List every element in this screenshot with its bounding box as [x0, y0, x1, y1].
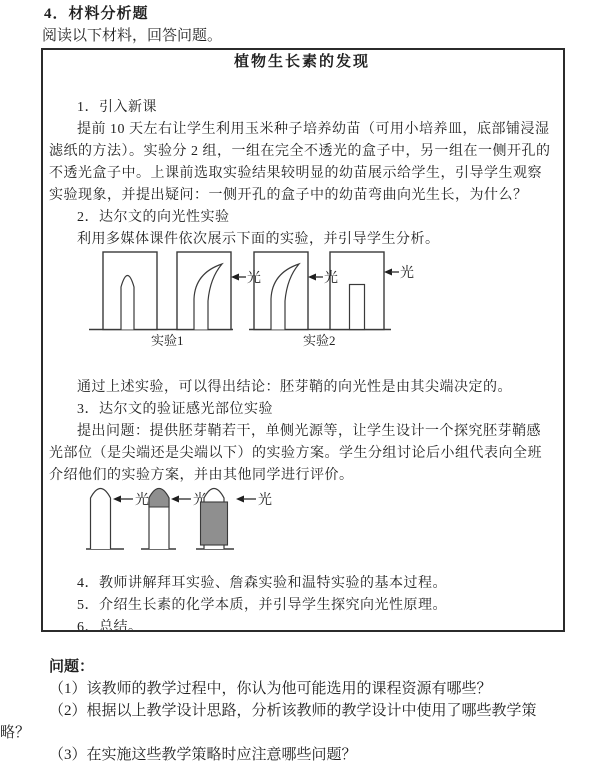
step3-heading: 3．达尔文的验证感光部位实验 [49, 399, 555, 421]
instruction-line: 阅读以下材料，回答问题。 [42, 26, 222, 46]
light-sensing-site-diagram: 光 光 光 [86, 485, 286, 554]
light-arrow-icon [113, 496, 133, 503]
experiment2-caption: 实验2 [303, 333, 336, 348]
light-arrow-icon [308, 274, 323, 281]
phototropism-experiments-diagram: 光 光 光 实验1 实验2 [88, 251, 418, 349]
step1-heading: 1．引入新课 [49, 97, 555, 119]
document-page: 4．材料分析题 阅读以下材料，回答问题。 植物生长素的发现 1．引入新课 提前 … [0, 0, 592, 775]
step5-line: 5．介绍生长素的化学本质，并引导学生探究向光性原理。 [49, 595, 555, 617]
light-arrow-icon [384, 269, 399, 276]
uncovered-coleoptile [91, 489, 111, 550]
questions-heading: 问题： [49, 656, 545, 678]
step3-paragraph: 提出问题：提供胚芽鞘若干，单侧光源等，让学生设计一个探究胚芽鞘感光部位（是尖端还… [49, 421, 555, 487]
gray-base-sleeve [201, 502, 228, 545]
material-title: 植物生长素的发现 [49, 52, 555, 72]
light-arrow-icon [236, 496, 256, 503]
light-label: 光 [324, 269, 338, 286]
step4-line: 4．教师讲解拜耳实验、詹森实验和温特实验的基本过程。 [49, 573, 555, 595]
question-2: （2）根据以上教学设计思路，分析该教师的教学设计中使用了哪些教学策略？ [0, 700, 545, 744]
step6-line: 6．总结。 [49, 617, 555, 632]
light-label: 光 [247, 269, 261, 286]
step2-heading: 2．达尔文的向光性实验 [49, 207, 555, 229]
step2-paragraph: 利用多媒体课件依次展示下面的实验，并引导学生分析。 [49, 229, 555, 251]
straight-seedling [121, 276, 134, 330]
gray-tip-cap [149, 489, 169, 508]
decapitated-seedling [350, 285, 365, 330]
light-label: 光 [400, 264, 414, 281]
question-1: （1）该教师的教学过程中，你认为他可能选用的课程资源有哪些？ [0, 678, 545, 700]
experiment1-caption: 实验1 [151, 333, 184, 348]
light-arrow-icon [231, 274, 246, 281]
light-arrow-icon [171, 496, 191, 503]
questions-section: 问题： （1）该教师的教学过程中，你认为他可能选用的课程资源有哪些？ （2）根据… [0, 656, 545, 766]
material-box: 植物生长素的发现 1．引入新课 提前 10 天左右让学生利用玉米种子培养幼苗（可… [41, 48, 565, 632]
light-label: 光 [135, 491, 149, 508]
conclusion-paragraph: 通过上述实验，可以得出结论：胚芽鞘的向光性是由其尖端决定的。 [49, 377, 555, 399]
step1-paragraph: 提前 10 天左右让学生利用玉米种子培养幼苗（可用小培养皿，底部铺浸湿滤纸的方法… [49, 119, 555, 207]
question-number-heading: 4．材料分析题 [44, 4, 149, 24]
question-3: （3）在实施这些教学策略时应注意哪些问题？ [0, 744, 545, 766]
light-label: 光 [258, 491, 272, 508]
